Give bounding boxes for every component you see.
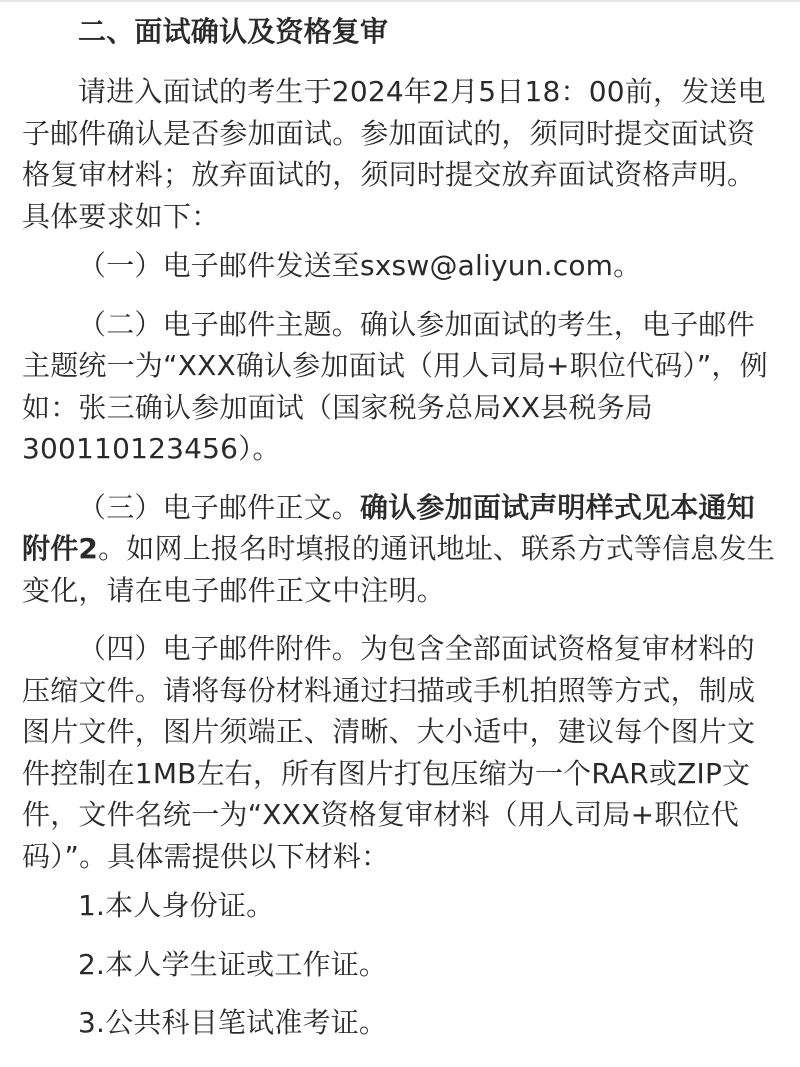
item-three-email-body: （三）电子邮件正文。确认参加面试声明样式见本通知附件2。如网上报名时填报的通讯地… [22,487,782,612]
item-one-email-address: （一）电子邮件发送至sxsw@aliyun.com。 [22,245,782,287]
section-title: 二、面试确认及资格复审 [22,10,782,54]
material-item-1: 1.本人身份证。 [22,885,782,927]
item-three-lead: （三）电子邮件正文。 [78,491,360,524]
item-two-email-subject: （二）电子邮件主题。确认参加面试的考生，电子邮件主题统一为“XXX确认参加面试（… [22,304,782,470]
material-item-3: 3.公共科目笔试准考证。 [22,1002,782,1044]
item-three-rest: 。如网上报名时填报的通讯地址、联系方式等信息发生变化，请在电子邮件正文中注明。 [22,532,775,607]
item-four-email-attachment: （四）电子邮件附件。为包含全部面试资格复审材料的压缩文件。请将每份材料通过扫描或… [22,628,782,877]
intro-paragraph: 请进入面试的考生于2024年2月5日18：00前，发送电子邮件确认是否参加面试。… [22,71,782,237]
material-item-2: 2.本人学生证或工作证。 [22,944,782,986]
document-body: 二、面试确认及资格复审 请进入面试的考生于2024年2月5日18：00前，发送电… [22,10,782,1044]
top-divider [0,0,800,2]
